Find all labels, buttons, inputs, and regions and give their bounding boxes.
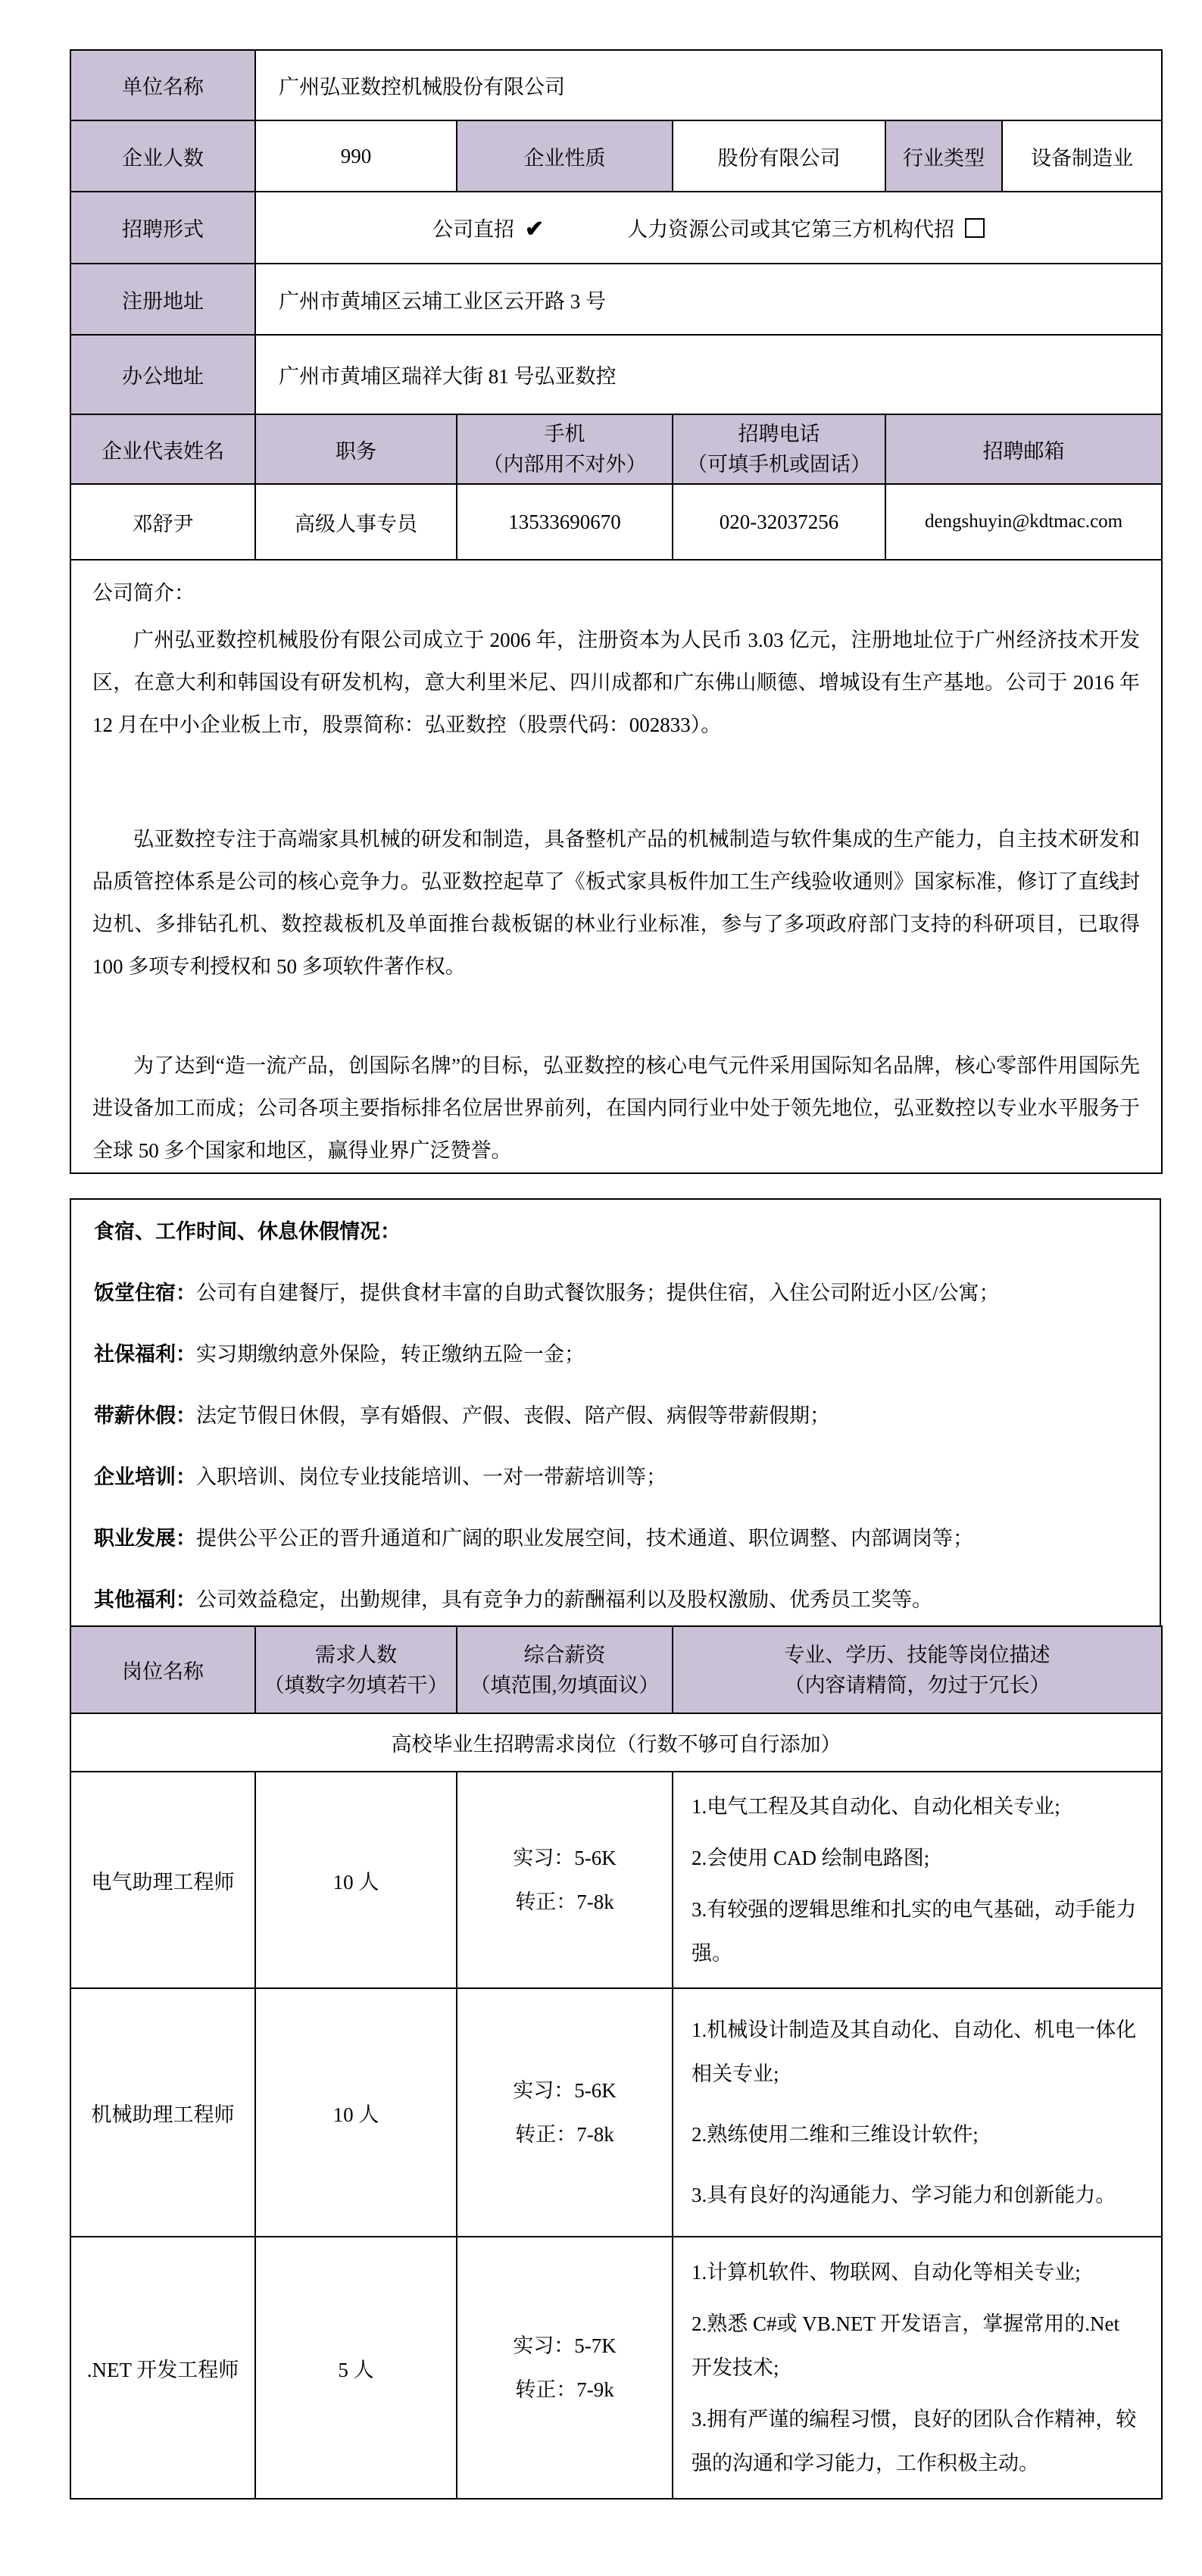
- welfare-item-training: 企业培训：入职培训、岗位专业技能培训、一对一带薪培训等；: [94, 1463, 1137, 1491]
- welfare-item-text: 法定节假日休假，享有婚假、产假、丧假、陪产假、病假等带薪假期；: [196, 1404, 830, 1427]
- welfare-item-text: 入职培训、岗位专业技能培训、一对一带薪培训等；: [196, 1466, 667, 1488]
- profile-paragraph-3: 为了达到“造一流产品，创国际名牌”的目标，弘亚数控的核心电气元件采用国际知名品牌…: [92, 1044, 1140, 1172]
- salary-cell: 实习：5-6K 转正：7-8k: [457, 1772, 673, 1988]
- section-note-row: 高校毕业生招聘需求岗位（行数不够可自行添加）: [70, 1713, 1162, 1772]
- contact-header-row: 企业代表姓名 职务 手机 （内部用不对外） 招聘电话 （可填手机或固话） 招聘邮…: [70, 414, 1162, 484]
- salary-intern: 实习：5-7K: [458, 2324, 671, 2368]
- welfare-title: 食宿、工作时间、休息休假情况：: [94, 1218, 1137, 1245]
- job-row-mechanical: 机械助理工程师 10 人 实习：5-6K 转正：7-8k 1.机械设计制造及其自…: [70, 1988, 1162, 2237]
- mobile-header: 手机 （内部用不对外）: [457, 414, 673, 484]
- description-cell: 1.计算机软件、物联网、自动化等相关专业; 2.熟悉 C#或 VB.NET 开发…: [673, 2237, 1162, 2499]
- profile-paragraph-1: 广州弘亚数控机械股份有限公司成立于 2006 年，注册资本为人民币 3.03 亿…: [92, 619, 1140, 746]
- industry-type-label: 行业类型: [885, 120, 1002, 192]
- company-profile-cell: 公司简介： 广州弘亚数控机械股份有限公司成立于 2006 年，注册资本为人民币 …: [70, 560, 1162, 1173]
- salary-intern: 实习：5-6K: [458, 2069, 671, 2112]
- welfare-item-insurance: 社保福利：实习期缴纳意外保险，转正缴纳五险一金；: [94, 1341, 1137, 1368]
- company-nature-value: 股份有限公司: [673, 120, 885, 192]
- welfare-item-label: 带薪休假：: [94, 1404, 196, 1427]
- description-cell: 1.电气工程及其自动化、自动化相关专业; 2.会使用 CAD 绘制电路图; 3.…: [673, 1772, 1162, 1988]
- recruit-form-label: 招聘形式: [70, 192, 255, 264]
- recruit-direct-option: 公司直招: [432, 218, 514, 241]
- welfare-item-text: 提供公平公正的晋升通道和广阔的职业发展空间，技术通道、职位调整、内部调岗等；: [196, 1527, 973, 1550]
- desc-line: 3.有较强的逻辑思维和扎实的电气基础，动手能力强。: [692, 1888, 1143, 1975]
- job-title-header: 职务: [255, 414, 457, 484]
- salary-intern: 实习：5-6K: [458, 1836, 671, 1880]
- desc-line: 1.电气工程及其自动化、自动化相关专业;: [692, 1784, 1143, 1828]
- staff-count-label: 企业人数: [70, 120, 255, 192]
- welfare-item-label: 企业培训：: [94, 1466, 196, 1488]
- count-header: 需求人数 （填数字勿填若干）: [255, 1626, 457, 1713]
- count-cell: 10 人: [255, 1988, 457, 2237]
- position-cell: 机械助理工程师: [70, 1988, 255, 2237]
- welfare-item-label: 其他福利：: [94, 1588, 196, 1611]
- job-row-dotnet: .NET 开发工程师 5 人 实习：5-7K 转正：7-9k 1.计算机软件、物…: [70, 2237, 1162, 2499]
- welfare-item-other: 其他福利：公司效益稳定，出勤规律，具有竞争力的薪酬福利以及股权激励、优秀员工奖等…: [94, 1586, 1137, 1613]
- recruit-form-value: 公司直招✔人力资源公司或其它第三方机构代招: [255, 192, 1162, 264]
- check-icon: ✔: [514, 217, 544, 242]
- registered-address-value: 广州市黄埔区云埔工业区云开路 3 号: [255, 264, 1162, 335]
- position-cell: 电气助理工程师: [70, 1772, 255, 1988]
- company-profile-row: 公司简介： 广州弘亚数控机械股份有限公司成立于 2006 年，注册资本为人民币 …: [70, 560, 1162, 1173]
- office-address-row: 办公地址 广州市黄埔区瑞祥大街 81 号弘亚数控: [70, 335, 1162, 414]
- registered-address-label: 注册地址: [70, 264, 255, 335]
- email-value: dengshuyin@kdtmac.com: [885, 484, 1162, 560]
- office-address-value: 广州市黄埔区瑞祥大街 81 号弘亚数控: [255, 335, 1162, 414]
- welfare-item-label: 饭堂住宿：: [94, 1282, 196, 1304]
- unit-name-label: 单位名称: [70, 50, 255, 120]
- desc-line: 1.机械设计制造及其自动化、自动化、机电一体化相关专业;: [692, 2008, 1143, 2096]
- salary-cell: 实习：5-6K 转正：7-8k: [457, 1988, 673, 2237]
- welfare-item-text: 公司有自建餐厅，提供食材丰富的自助式餐饮服务；提供住宿，入住公司附近小区/公寓；: [196, 1282, 1000, 1304]
- office-address-label: 办公地址: [70, 335, 255, 414]
- welfare-item-label: 社保福利：: [94, 1343, 196, 1366]
- salary-full: 转正：7-8k: [458, 1880, 671, 1924]
- salary-full: 转正：7-9k: [458, 2368, 671, 2412]
- company-nature-label: 企业性质: [457, 120, 673, 192]
- welfare-item-text: 实习期缴纳意外保险，转正缴纳五险一金；: [196, 1343, 585, 1366]
- unit-name-row: 单位名称 广州弘亚数控机械股份有限公司: [70, 50, 1162, 120]
- position-header: 岗位名称: [70, 1626, 255, 1713]
- job-title-value: 高级人事专员: [255, 484, 457, 560]
- job-row-electrical: 电气助理工程师 10 人 实习：5-6K 转正：7-8k 1.电气工程及其自动化…: [70, 1772, 1162, 1988]
- jobs-table: 岗位名称 需求人数 （填数字勿填若干） 综合薪资 （填范围,勿填面议） 专业、学…: [70, 1625, 1163, 2500]
- profile-paragraph-2: 弘亚数控专注于高端家具机械的研发和制造，具备整机产品的机械制造与软件集成的生产能…: [92, 818, 1140, 988]
- welfare-item-career: 职业发展：提供公平公正的晋升通道和广阔的职业发展空间，技术通道、职位调整、内部调…: [94, 1525, 1137, 1552]
- welfare-item-text: 公司效益稳定，出勤规律，具有竞争力的薪酬福利以及股权激励、优秀员工奖等。: [196, 1588, 932, 1611]
- desc-line: 1.计算机软件、物联网、自动化等相关专业;: [692, 2250, 1143, 2294]
- profile-label: 公司简介：: [92, 572, 1140, 614]
- jobs-header-row: 岗位名称 需求人数 （填数字勿填若干） 综合薪资 （填范围,勿填面议） 专业、学…: [70, 1626, 1162, 1713]
- rep-name-header: 企业代表姓名: [70, 414, 255, 484]
- position-cell: .NET 开发工程师: [70, 2237, 255, 2499]
- description-header: 专业、学历、技能等岗位描述 （内容请精简，勿过于冗长）: [673, 1626, 1162, 1713]
- empty-checkbox-icon: [965, 218, 985, 238]
- phone-header: 招聘电话 （可填手机或固话）: [673, 414, 885, 484]
- desc-line: 3.具有良好的沟通能力、学习能力和创新能力。: [692, 2173, 1143, 2217]
- company-info-table: 单位名称 广州弘亚数控机械股份有限公司 企业人数 990 企业性质 股份有限公司…: [70, 49, 1163, 1174]
- salary-cell: 实习：5-7K 转正：7-9k: [457, 2237, 673, 2499]
- desc-line: 2.会使用 CAD 绘制电路图;: [692, 1836, 1143, 1880]
- welfare-box: 食宿、工作时间、休息休假情况： 饭堂住宿：公司有自建餐厅，提供食材丰富的自助式餐…: [70, 1198, 1161, 1627]
- email-header: 招聘邮箱: [885, 414, 1162, 484]
- desc-line: 3.拥有严谨的编程习惯，良好的团队合作精神，较强的沟通和学习能力，工作积极主动。: [692, 2397, 1143, 2485]
- welfare-item-canteen: 饭堂住宿：公司有自建餐厅，提供食材丰富的自助式餐饮服务；提供住宿，入住公司附近小…: [94, 1279, 1137, 1307]
- mobile-value: 13533690670: [457, 484, 673, 560]
- contact-data-row: 邓舒尹 高级人事专员 13533690670 020-32037256 deng…: [70, 484, 1162, 560]
- welfare-item-paid-leave: 带薪休假：法定节假日休假，享有婚假、产假、丧假、陪产假、病假等带薪假期；: [94, 1402, 1137, 1429]
- company-stats-row: 企业人数 990 企业性质 股份有限公司 行业类型 设备制造业: [70, 120, 1162, 192]
- phone-value: 020-32037256: [673, 484, 885, 560]
- staff-count-value: 990: [255, 120, 457, 192]
- desc-line: 2.熟练使用二维和三维设计软件;: [692, 2112, 1143, 2156]
- count-cell: 5 人: [255, 2237, 457, 2499]
- salary-header: 综合薪资 （填范围,勿填面议）: [457, 1626, 673, 1713]
- welfare-item-label: 职业发展：: [94, 1527, 196, 1550]
- count-cell: 10 人: [255, 1772, 457, 1988]
- industry-type-value: 设备制造业: [1002, 120, 1162, 192]
- document-page: 单位名称 广州弘亚数控机械股份有限公司 企业人数 990 企业性质 股份有限公司…: [0, 49, 1202, 2576]
- section-note: 高校毕业生招聘需求岗位（行数不够可自行添加）: [70, 1713, 1162, 1772]
- unit-name-value: 广州弘亚数控机械股份有限公司: [255, 50, 1162, 120]
- registered-address-row: 注册地址 广州市黄埔区云埔工业区云开路 3 号: [70, 264, 1162, 335]
- recruit-agency-option: 人力资源公司或其它第三方机构代招: [627, 218, 954, 241]
- recruit-form-row: 招聘形式 公司直招✔人力资源公司或其它第三方机构代招: [70, 192, 1162, 264]
- description-cell: 1.机械设计制造及其自动化、自动化、机电一体化相关专业; 2.熟练使用二维和三维…: [673, 1988, 1162, 2237]
- salary-full: 转正：7-8k: [458, 2112, 671, 2156]
- rep-name-value: 邓舒尹: [70, 484, 255, 560]
- desc-line: 2.熟悉 C#或 VB.NET 开发语言，掌握常用的.Net 开发技术;: [692, 2302, 1143, 2390]
